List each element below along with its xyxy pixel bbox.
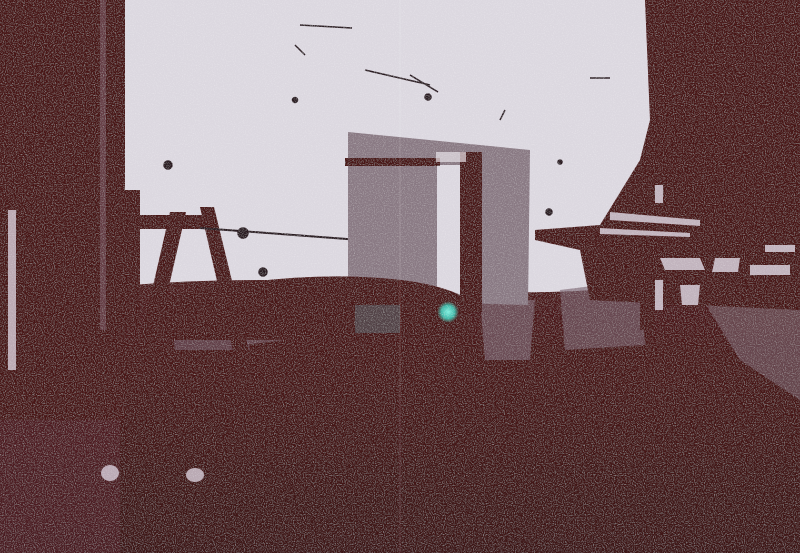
- window-shadow: [355, 305, 400, 333]
- floor-spot: [186, 468, 204, 482]
- photograph: Maroon-toned pinhole-style photograph of…: [0, 0, 800, 553]
- pillar-step: [118, 190, 140, 330]
- pillar-edge: [100, 0, 106, 330]
- teal-light: [437, 301, 459, 323]
- pillar-highlight: [8, 210, 16, 370]
- floor-spot: [101, 465, 119, 481]
- scene-svg: [0, 0, 800, 553]
- left-pillar: [0, 0, 125, 420]
- floor-patch: [480, 300, 535, 360]
